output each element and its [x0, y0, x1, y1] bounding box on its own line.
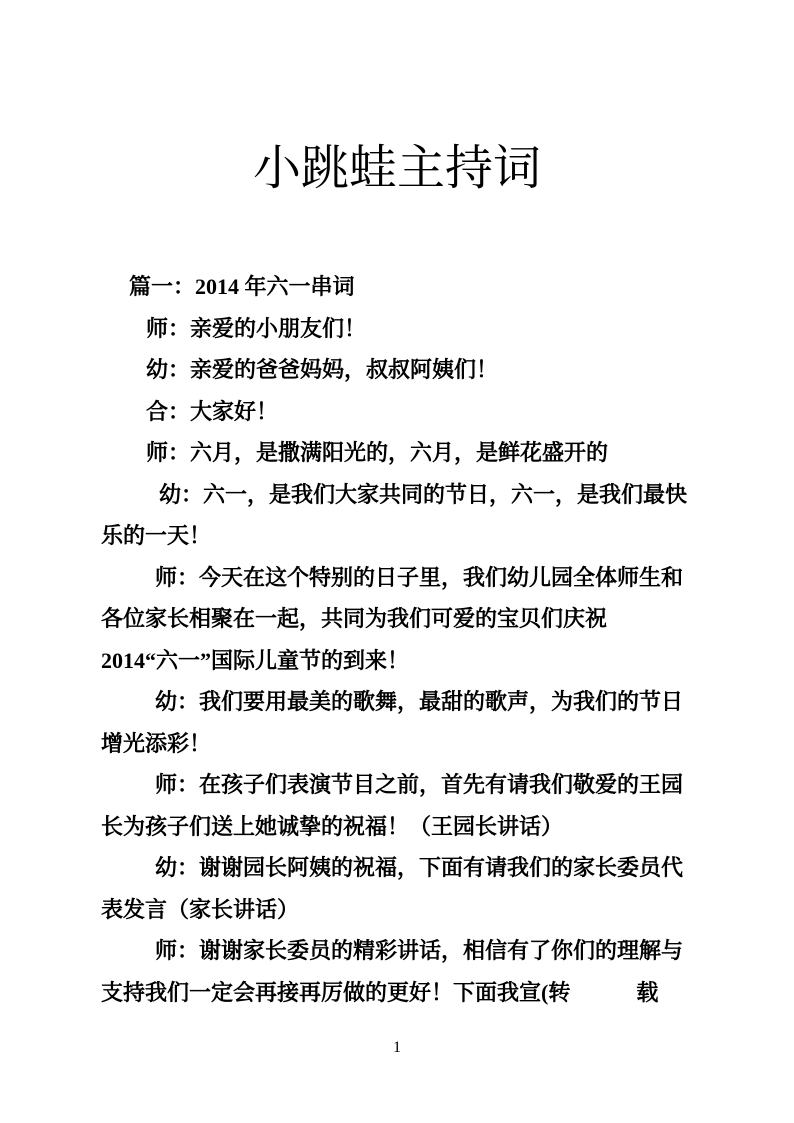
paragraph-line: 支持我们一定会再接再厉做的更好！下面我宣(转 载	[101, 972, 741, 1014]
paragraph-line: 师：谢谢家长委员的精彩讲话，相信有了你们的理解与	[101, 930, 741, 972]
paragraph-line: 师：在孩子们表演节目之前，首先有请我们敬爱的王园	[101, 764, 741, 806]
paragraph-line: 增光添彩！	[101, 723, 741, 765]
paragraph: 师：今天在这个特别的日子里，我们幼儿园全体师生和各位家长相聚在一起，共同为我们可…	[101, 557, 741, 682]
paragraph: 师：在孩子们表演节目之前，首先有请我们敬爱的王园长为孩子们送上她诚挚的祝福！（王…	[101, 764, 741, 847]
paragraph-line: 合：大家好！	[101, 391, 741, 433]
paragraph: 篇一：2014 年六一串词	[101, 266, 741, 308]
paragraph-line: 幼：谢谢园长阿姨的祝福，下面有请我们的家长委员代	[101, 847, 741, 889]
paragraph: 幼：谢谢园长阿姨的祝福，下面有请我们的家长委员代表发言（家长讲话）	[101, 847, 741, 930]
paragraph: 师：亲爱的小朋友们！	[101, 308, 741, 350]
paragraph-line: 师：六月，是撒满阳光的，六月，是鲜花盛开的	[101, 432, 741, 474]
paragraph-line: 幼：我们要用最美的歌舞，最甜的歌声，为我们的节日	[101, 681, 741, 723]
paragraph: 幼：我们要用最美的歌舞，最甜的歌声，为我们的节日增光添彩！	[101, 681, 741, 764]
paragraph: 师：六月，是撒满阳光的，六月，是鲜花盛开的	[101, 432, 741, 474]
paragraph-line: 表发言（家长讲话）	[101, 889, 741, 931]
paragraph-line: 各位家长相聚在一起，共同为我们可爱的宝贝们庆祝	[101, 598, 741, 640]
paragraph: 合：大家好！	[101, 391, 741, 433]
paragraph-line: 长为孩子们送上她诚挚的祝福！（王园长讲话）	[101, 806, 741, 848]
document-body: 篇一：2014 年六一串词师：亲爱的小朋友们！幼：亲爱的爸爸妈妈，叔叔阿姨们！合…	[101, 266, 741, 1013]
paragraph: 幼：亲爱的爸爸妈妈，叔叔阿姨们！	[101, 349, 741, 391]
paragraph-line: 师：亲爱的小朋友们！	[101, 308, 741, 350]
paragraph-line: 乐的一天！	[101, 515, 741, 557]
paragraph-line: 篇一：2014 年六一串词	[101, 266, 741, 308]
document-title: 小跳蛙主持词	[0, 144, 794, 194]
paragraph-line: 2014“六一”国际儿童节的到来！	[101, 640, 741, 682]
paragraph-line: 师：今天在这个特别的日子里，我们幼儿园全体师生和	[101, 557, 741, 599]
paragraph-line: 幼：亲爱的爸爸妈妈，叔叔阿姨们！	[101, 349, 741, 391]
document-page: 小跳蛙主持词 篇一：2014 年六一串词师：亲爱的小朋友们！幼：亲爱的爸爸妈妈，…	[0, 0, 794, 1123]
page-number: 1	[0, 1039, 794, 1057]
paragraph-line: 幼：六一，是我们大家共同的节日，六一，是我们最快	[101, 474, 741, 516]
paragraph: 师：谢谢家长委员的精彩讲话，相信有了你们的理解与支持我们一定会再接再厉做的更好！…	[101, 930, 741, 1013]
paragraph: 幼：六一，是我们大家共同的节日，六一，是我们最快乐的一天！	[101, 474, 741, 557]
